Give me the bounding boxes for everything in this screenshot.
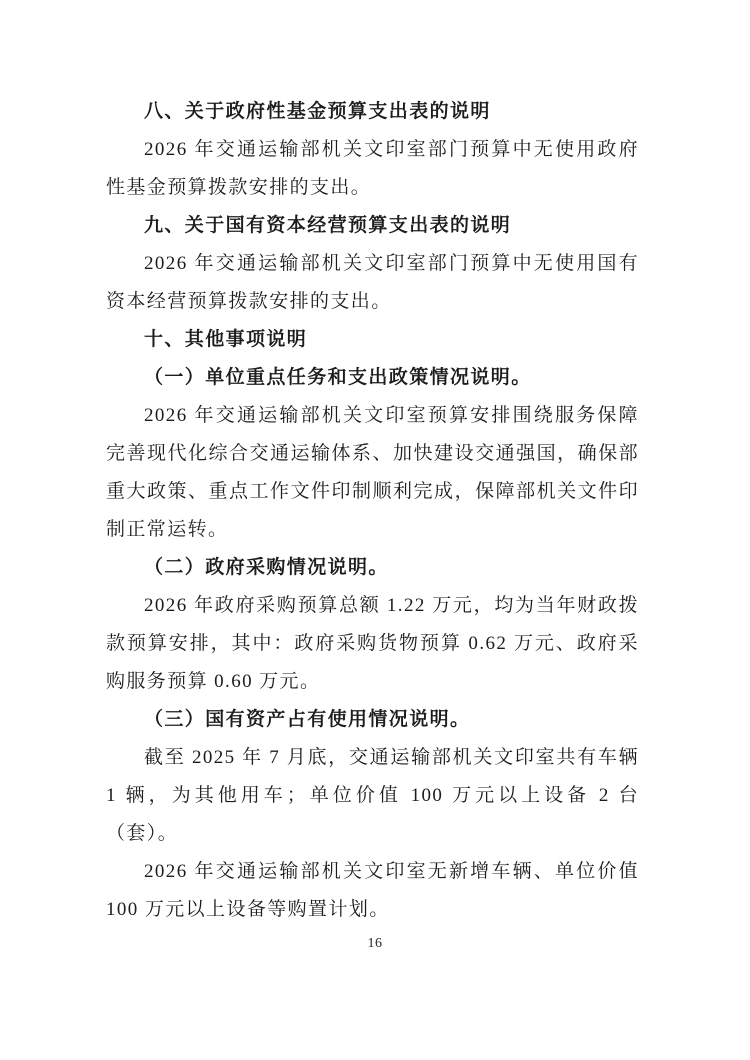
paragraph-purchase-plan: 2026 年交通运输部机关文印室无新增车辆、单位价值 100 万元以上设备等购置… xyxy=(106,853,639,929)
paragraph-gov-procurement: 2026 年政府采购预算总额 1.22 万元，均为当年财政拨款预算安排，其中：政… xyxy=(106,587,639,701)
paragraph-section-8: 2026 年交通运输部机关文印室部门预算中无使用政府性基金预算拨款安排的支出。 xyxy=(106,131,639,207)
subheading-10-3: （三）国有资产占有使用情况说明。 xyxy=(106,701,639,739)
paragraph-state-assets: 截至 2025 年 7 月底，交通运输部机关文印室共有车辆 1 辆，为其他用车；… xyxy=(106,739,639,853)
paragraph-key-tasks: 2026 年交通运输部机关文印室预算安排围绕服务保障完善现代化综合交通运输体系、… xyxy=(106,397,639,549)
subheading-10-2: （二）政府采购情况说明。 xyxy=(106,549,639,587)
section-heading-8: 八、关于政府性基金预算支出表的说明 xyxy=(106,93,639,131)
section-heading-10: 十、其他事项说明 xyxy=(106,321,639,359)
document-body: 八、关于政府性基金预算支出表的说明 2026 年交通运输部机关文印室部门预算中无… xyxy=(0,0,750,929)
subheading-10-1: （一）单位重点任务和支出政策情况说明。 xyxy=(106,359,639,397)
section-heading-9: 九、关于国有资本经营预算支出表的说明 xyxy=(106,207,639,245)
document-page: 八、关于政府性基金预算支出表的说明 2026 年交通运输部机关文印室部门预算中无… xyxy=(0,0,750,1060)
paragraph-section-9: 2026 年交通运输部机关文印室部门预算中无使用国有资本经营预算拨款安排的支出。 xyxy=(106,245,639,321)
page-number: 16 xyxy=(0,936,750,952)
